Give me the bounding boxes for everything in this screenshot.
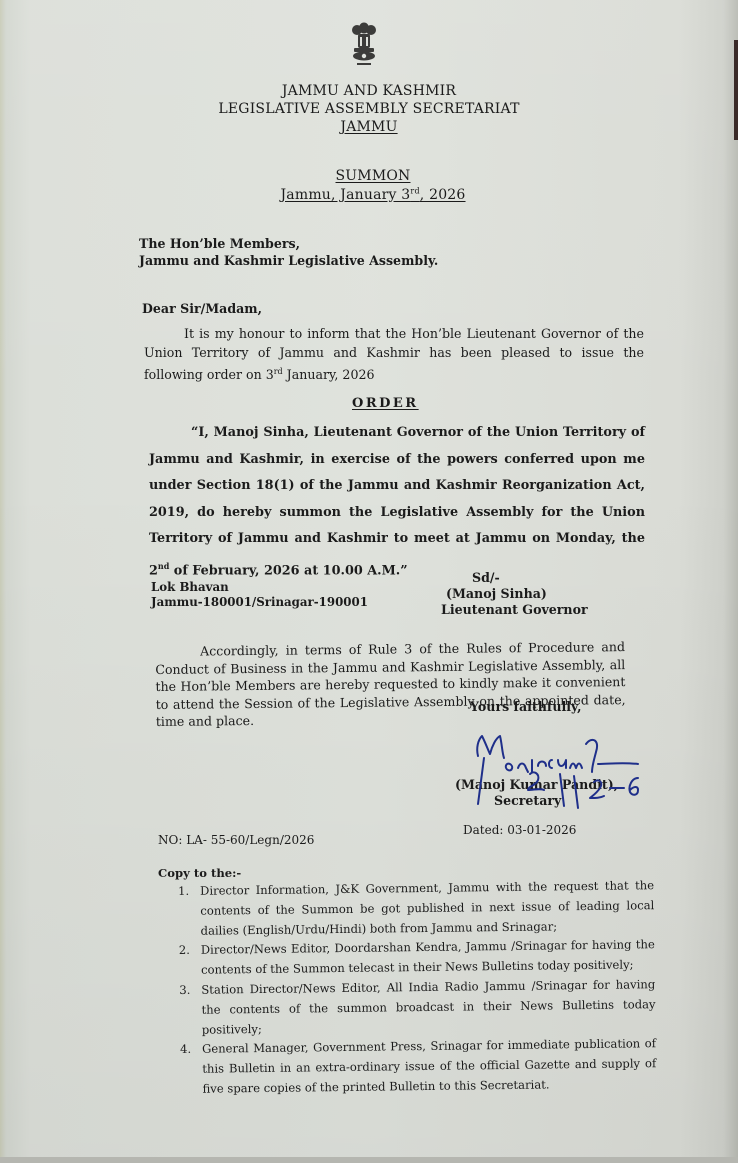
copy-to-list: 1.Director Information, J&K Government, … bbox=[178, 876, 657, 1100]
closing: Yours faithfully, bbox=[470, 696, 582, 717]
list-item: 2.Director/News Editor, Doordarshan Kend… bbox=[179, 936, 655, 981]
place-date: Jammu, January 3rd, 2026 bbox=[4, 186, 738, 203]
header-city: JAMMU bbox=[340, 119, 397, 135]
list-item: 3.Station Director/News Editor, All Indi… bbox=[179, 975, 656, 1040]
state-emblem-icon bbox=[349, 22, 379, 70]
order-heading: ORDER bbox=[352, 396, 419, 411]
reference-number: NO: LA- 55-60/Legn/2026 bbox=[158, 830, 314, 851]
header-secretariat: LEGISLATIVE ASSEMBLY SECRETARIAT bbox=[0, 101, 738, 117]
document-title: SUMMON bbox=[336, 168, 411, 184]
order-text: “I, Manoj Sinha, Lieutenant Governor of … bbox=[149, 420, 645, 584]
handwritten-signature bbox=[470, 730, 650, 810]
addressee-line2: Jammu and Kashmir Legislative Assembly. bbox=[139, 250, 438, 271]
office-line2: Jammu-180001/Srinagar-190001 bbox=[151, 592, 368, 613]
signoff-dated: Dated: 03-01-2026 bbox=[463, 820, 576, 841]
lg-designation: Lieutenant Governor bbox=[441, 599, 588, 620]
list-item: 4.General Manager, Government Press, Sri… bbox=[180, 1035, 657, 1100]
list-item: 1.Director Information, J&K Government, … bbox=[178, 876, 655, 941]
header-state: JAMMU AND KASHMIR bbox=[0, 83, 738, 99]
salutation: Dear Sir/Madam, bbox=[142, 298, 262, 319]
paper-bottom-edge bbox=[0, 1157, 738, 1163]
intro-paragraph: It is my honour to inform that the Hon’b… bbox=[144, 324, 644, 384]
